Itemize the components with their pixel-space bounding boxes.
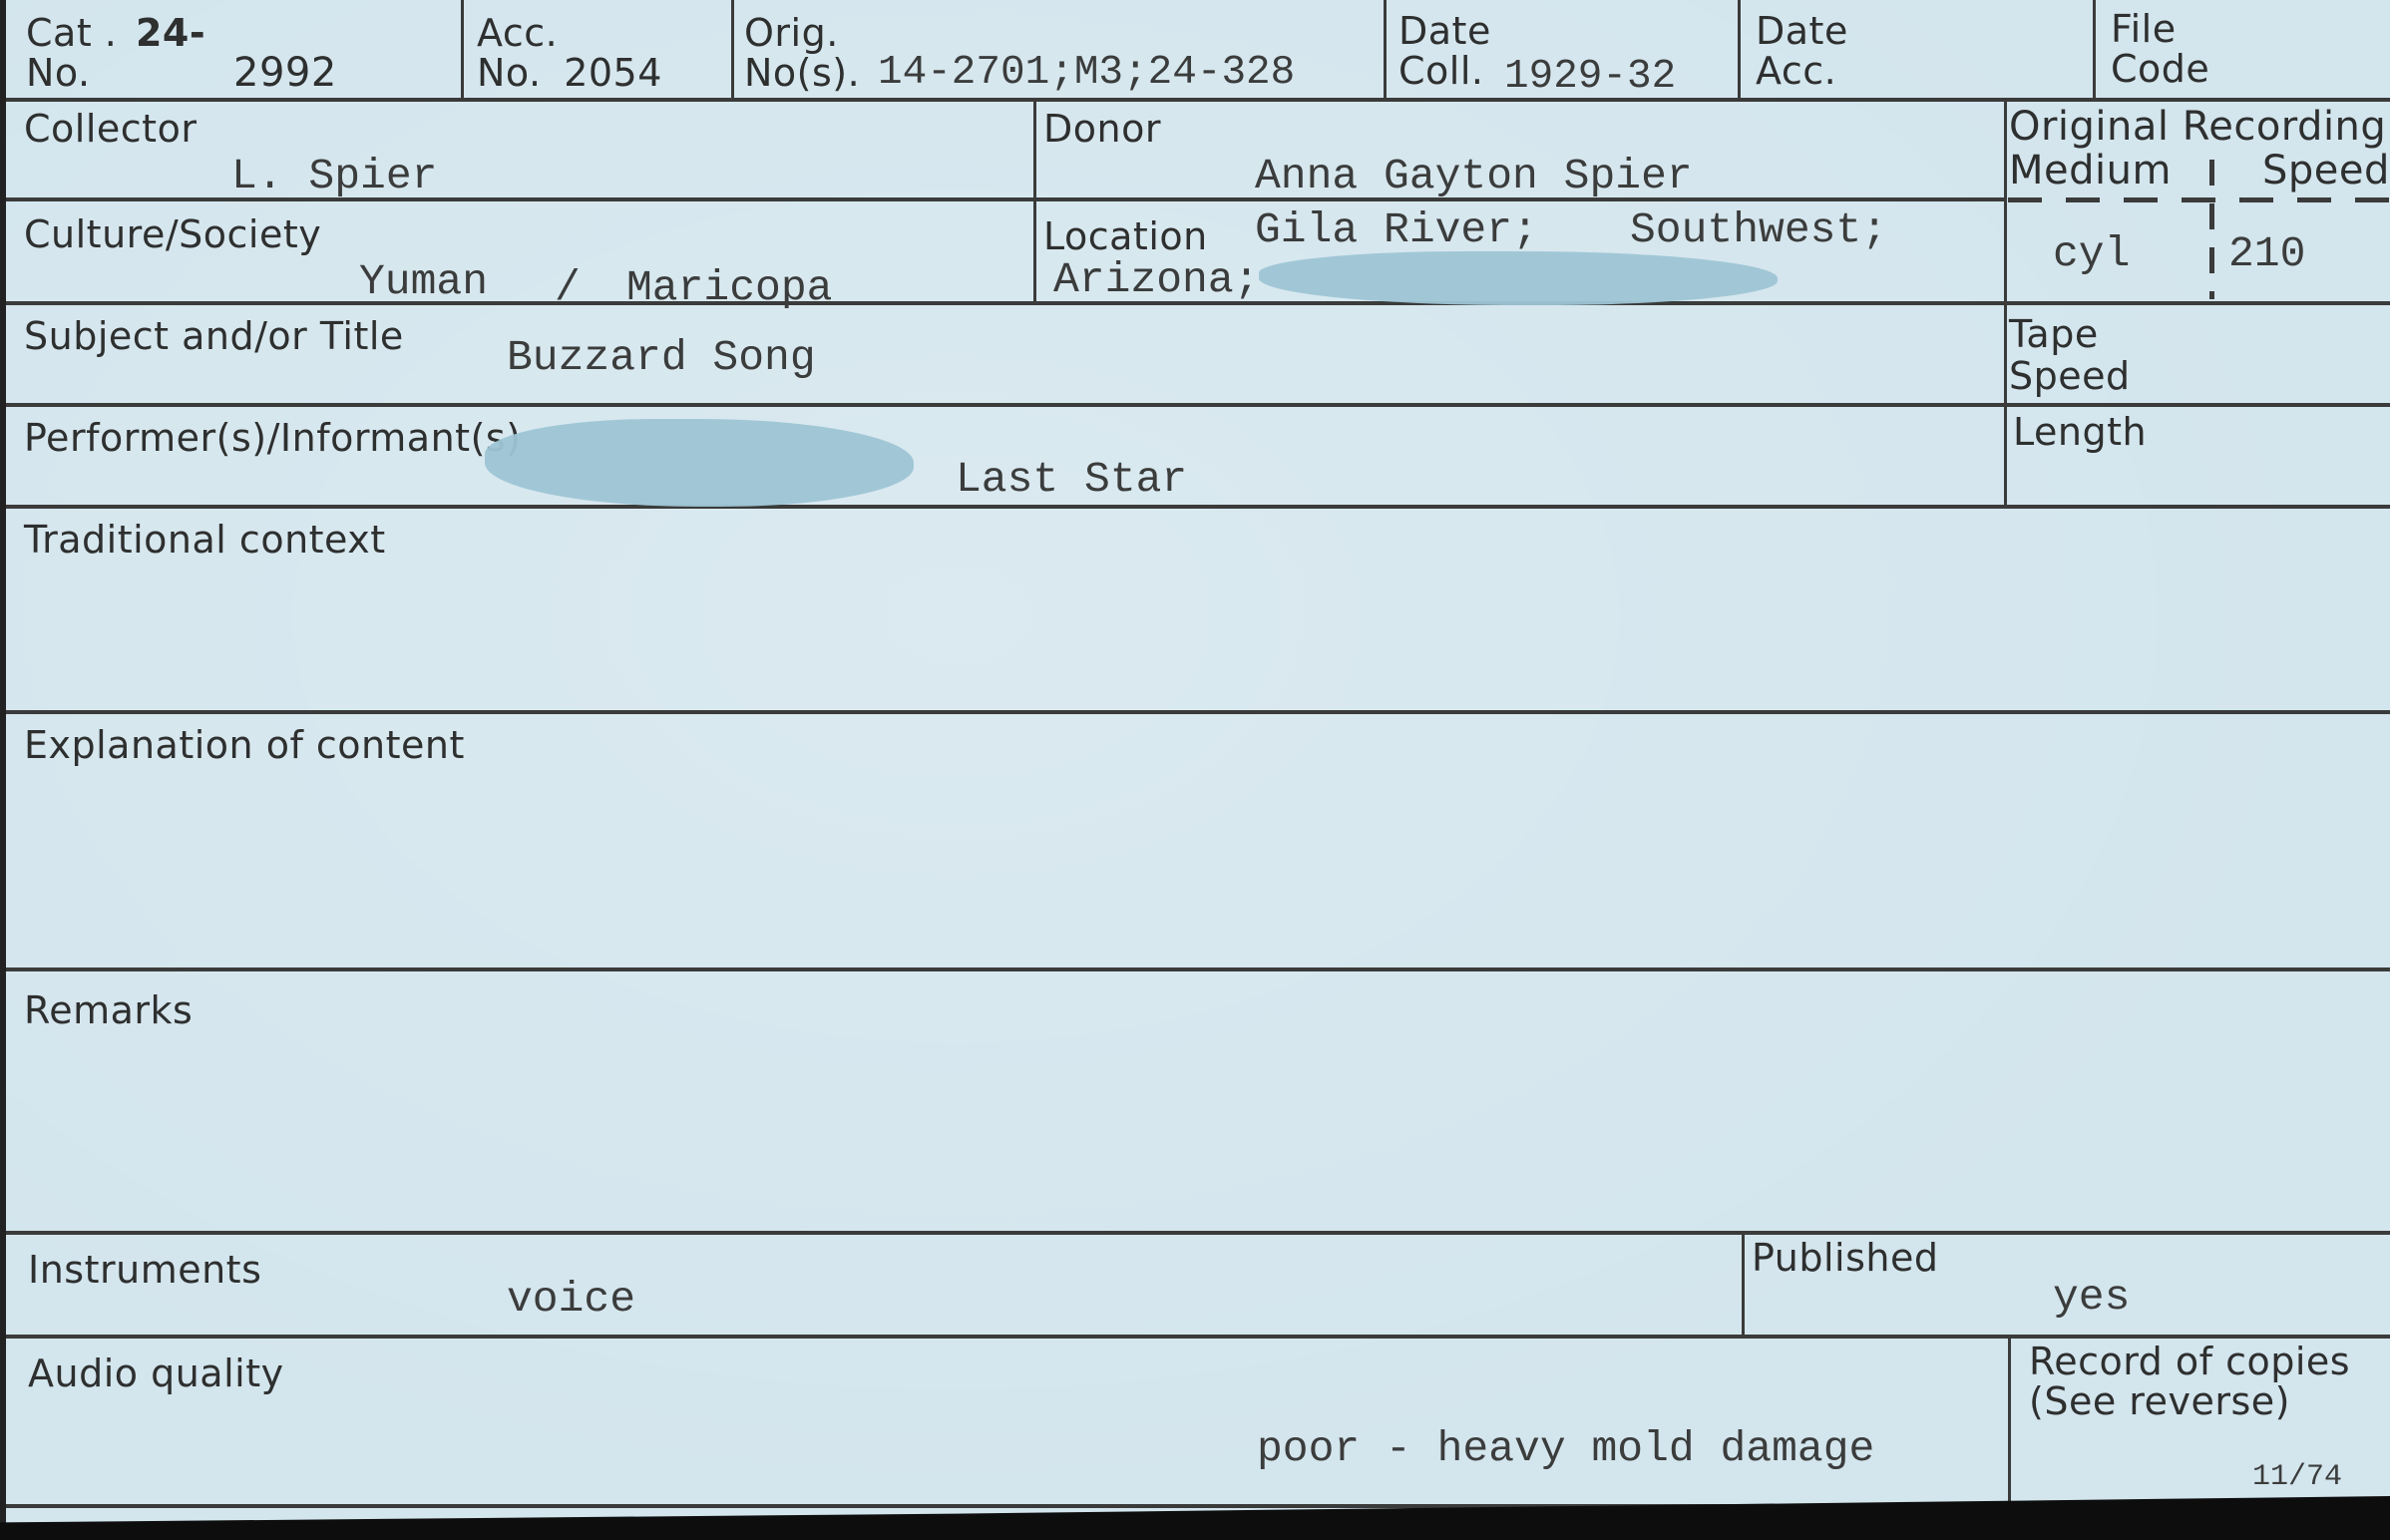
instruments-label: Instruments [28, 1249, 261, 1291]
date-acc-label: Date [1756, 10, 1848, 52]
traditional-context-label: Traditional context [24, 519, 386, 561]
location-value-1a: Gila River; [1255, 207, 1538, 253]
instruments-value: voice [507, 1277, 635, 1323]
record-of-copies-label: Record of copies [2029, 1341, 2350, 1382]
donor-value: Anna Gayton Spier [1255, 154, 1693, 199]
cat-no-value: 2992 [233, 52, 337, 94]
cat-label: Cat . 24- [26, 12, 205, 54]
date-coll-label: Date [1398, 10, 1491, 52]
location-label: Location [1043, 215, 1208, 257]
orig-nos-label: No(s). [744, 52, 860, 94]
length-label: Length [2013, 411, 2147, 453]
rule [0, 967, 2390, 971]
divider [2093, 0, 2096, 100]
published-label: Published [1752, 1237, 1938, 1279]
acc-no-value: 2054 [564, 51, 662, 95]
original-recording-label: Original Recording [2009, 106, 2386, 148]
rule [0, 1231, 2390, 1235]
orig-nos-value: 14-2701;M3;24-328 [878, 50, 1295, 96]
rule [0, 403, 2390, 407]
divider [731, 0, 734, 100]
location-value-1b: Southwest; [1630, 207, 1887, 253]
divider [1738, 0, 1741, 100]
redaction-mark [1259, 251, 1778, 305]
published-value: yes [2053, 1275, 2130, 1321]
rule [0, 505, 2390, 509]
divider [2008, 1335, 2011, 1506]
explanation-label: Explanation of content [24, 724, 465, 766]
divider [2004, 100, 2007, 507]
record-of-copies-label-2: (See reverse) [2029, 1380, 2290, 1422]
scan-shadow [0, 1496, 2390, 1540]
file-code-label-2: Code [2111, 48, 2209, 90]
tape-speed-label: Tape [2009, 313, 2099, 355]
audio-quality-value: poor - heavy mold damage [1257, 1426, 1874, 1472]
redaction-mark [485, 419, 914, 507]
card-edge [0, 0, 6, 1540]
catalog-card: Cat . 24- No. 2992 Acc. No. 2054 Orig. N… [0, 0, 2390, 1540]
culture-label: Culture/Society [24, 213, 321, 255]
performer-value: Last Star [956, 457, 1187, 503]
cat-no-label: No. [26, 52, 91, 94]
speed-label: Speed [2262, 150, 2390, 192]
date-coll-label-2: Coll. [1398, 50, 1483, 92]
donor-label: Donor [1043, 108, 1161, 150]
culture-value-1: Yuman [359, 259, 488, 305]
subject-label: Subject and/or Title [24, 315, 404, 357]
date-acc-label-2: Acc. [1756, 50, 1836, 92]
dashed-divider [2209, 160, 2214, 299]
subject-value: Buzzard Song [507, 335, 816, 381]
cat-prefix: 24- [136, 11, 205, 55]
orig-label: Orig. [744, 12, 839, 54]
rule [0, 98, 2390, 102]
file-code-label: File [2111, 8, 2177, 50]
speed-value: 210 [2228, 231, 2305, 277]
record-of-copies-value: 11/74 [2252, 1454, 2342, 1500]
location-value-2: Arizona; [1053, 257, 1259, 303]
divider [1384, 0, 1387, 100]
audio-quality-label: Audio quality [28, 1352, 284, 1394]
divider [1033, 100, 1036, 305]
performer-label: Performer(s)/Informant(s) [24, 417, 522, 459]
divider [461, 0, 464, 100]
acc-no-label: No. 2054 [477, 52, 662, 94]
divider [1742, 1233, 1745, 1337]
date-coll-value: 1929-32 [1504, 54, 1676, 100]
rule [0, 710, 2390, 714]
collector-value: L. Spier [231, 154, 437, 199]
rule [0, 1335, 2390, 1339]
culture-separator: / [555, 265, 581, 311]
acc-label: Acc. [477, 12, 558, 54]
collector-label: Collector [24, 108, 197, 150]
tape-speed-label-2: Speed [2009, 355, 2131, 397]
remarks-label: Remarks [24, 989, 193, 1031]
medium-label: Medium [2009, 150, 2172, 192]
medium-value: cyl [2053, 231, 2130, 277]
culture-value-2: Maricopa [626, 265, 832, 311]
dashed-rule [2008, 197, 2390, 202]
